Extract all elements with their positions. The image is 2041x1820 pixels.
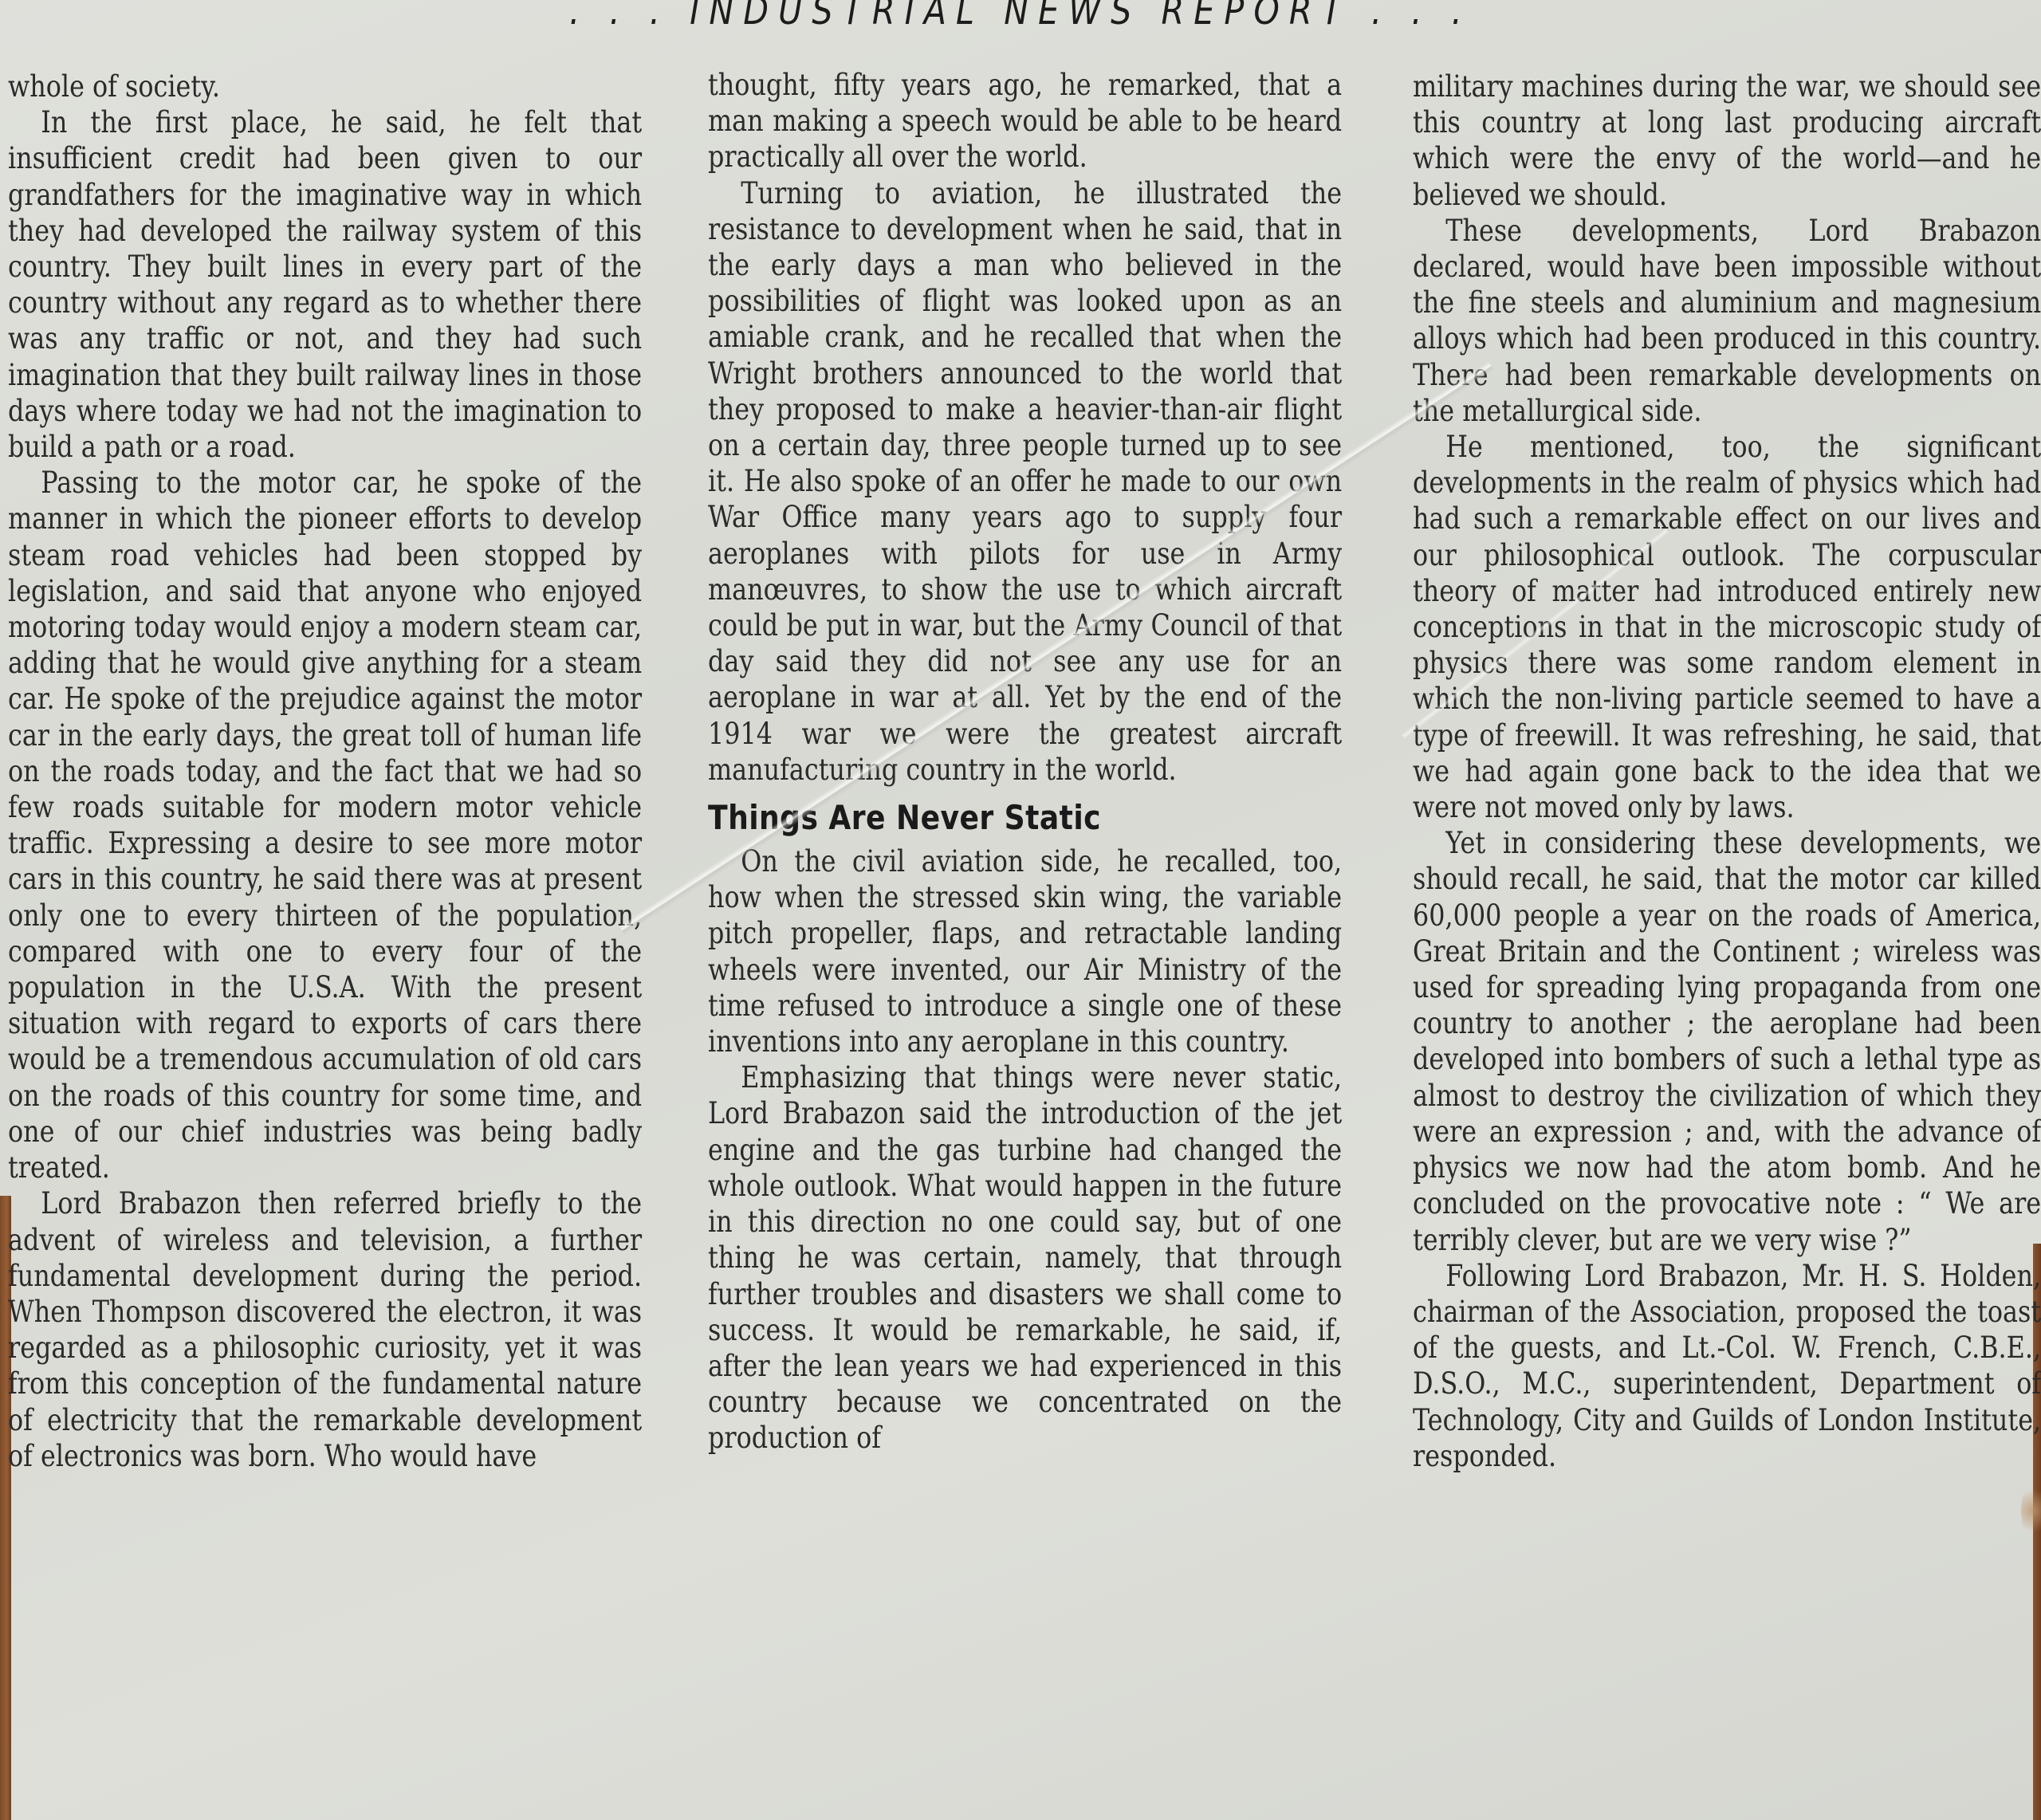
article-column-2: thought, fifty years ago, he remarked, t… [708, 67, 1342, 1456]
paragraph: thought, fifty years ago, he remarked, t… [708, 67, 1342, 175]
paragraph: On the civil aviation side, he recalled,… [708, 843, 1342, 1059]
paragraph: Emphasizing that things were never stati… [708, 1059, 1342, 1456]
paper-stain [2021, 1483, 2041, 1539]
subheading: Things Are Never Static [708, 794, 1342, 842]
paragraph: Yet in considering these develop­ments, … [1413, 825, 2041, 1257]
paragraph: Following Lord Brabazon, Mr. H. S. Holde… [1413, 1258, 2041, 1474]
paragraph: In the first place, he said, he felt tha… [8, 104, 642, 465]
article-column-3: military machines during the war, we sho… [1413, 69, 2041, 1474]
newspaper-page: . . . INDUSTRIAL NEWS REPORT . . . whole… [0, 0, 2041, 1820]
article-column-1: whole of society. In the first place, he… [8, 69, 642, 1474]
paragraph: He mentioned, too, the significant devel… [1413, 429, 2041, 825]
paragraph: Lord Brabazon then referred briefly to t… [8, 1185, 642, 1474]
section-header: . . . INDUSTRIAL NEWS REPORT . . . [143, 0, 1898, 33]
paragraph: military machines during the war, we sho… [1413, 69, 2041, 213]
paragraph: These developments, Lord Brabazon declar… [1413, 213, 2041, 429]
paragraph: Passing to the motor car, he spoke of th… [8, 465, 642, 1185]
paragraph: whole of society. [8, 69, 642, 104]
paragraph: Turning to aviation, he illustrated the … [708, 175, 1342, 788]
